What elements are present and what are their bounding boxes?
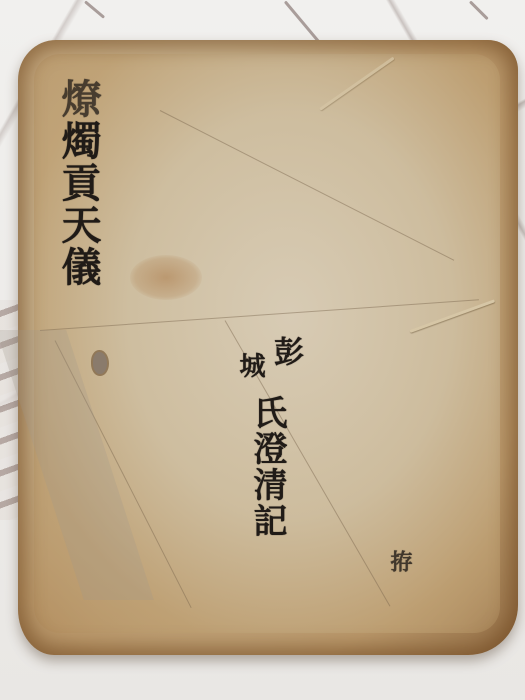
author-surname-right: 彭 [263,336,307,368]
paper-hole [93,352,107,374]
corner-mark: 拵 [385,550,416,574]
title-text: 燭貢天儀 [55,120,102,288]
author-surname-left: 城 [232,352,269,380]
damaged-character: 燎 [55,78,102,120]
title-inscription: 燎燭貢天儀 [58,78,98,288]
water-stain [130,255,202,300]
author-inscription: 氏澄清記 [250,395,284,539]
